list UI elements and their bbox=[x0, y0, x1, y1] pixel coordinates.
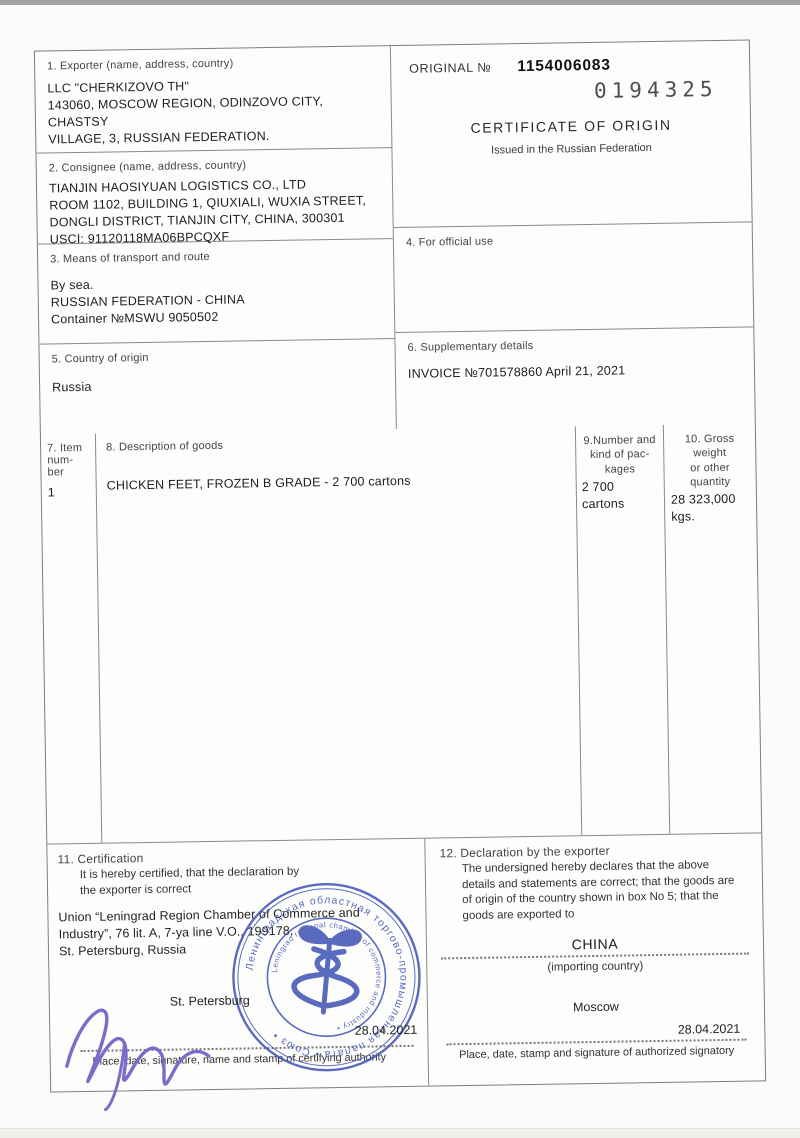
country-of-origin-value: Russia bbox=[52, 374, 383, 396]
transport-box: 3. Means of transport and route By sea. … bbox=[38, 239, 395, 345]
item-number-header: 7. Item num- ber bbox=[47, 442, 90, 479]
item-number-value: 1 bbox=[48, 484, 90, 502]
supplementary-box: 6. Supplementary details INVOICE №701578… bbox=[395, 327, 754, 429]
declaration-caption: Place, date, stamp and signature of auth… bbox=[443, 1045, 751, 1062]
original-number: 1154006083 bbox=[517, 57, 611, 76]
exporter-value: LLC "CHERKIZOVO TH" 143060, MOSCOW REGIO… bbox=[47, 75, 379, 148]
right-column: ORIGINAL № 1154006083 0194325 CERTIFICAT… bbox=[391, 40, 755, 429]
country-of-origin-box: 5. Country of origin Russia bbox=[39, 339, 395, 435]
item-number-cell: 7. Item num- ber 1 bbox=[41, 434, 102, 844]
consignee-box: 2. Consignee (name, address, country) TI… bbox=[36, 148, 392, 245]
transport-value: By sea. RUSSIAN FEDERATION - CHINA Conta… bbox=[50, 272, 382, 328]
importing-country-caption: (importing country) bbox=[441, 959, 749, 976]
goods-table: 7. Item num- ber 1 8. Description of goo… bbox=[41, 423, 761, 844]
exporter-box: 1. Exporter (name, address, country) LLC… bbox=[35, 46, 392, 154]
certification-box: 11. Certification It is hereby certified… bbox=[47, 839, 429, 1092]
top-section: 1. Exporter (name, address, country) LLC… bbox=[35, 40, 755, 434]
packages-header: 9.Number and kind of pac- kages bbox=[581, 433, 659, 477]
declaration-date: 28.04.2021 bbox=[442, 1022, 740, 1041]
declaration-place: Moscow bbox=[442, 998, 750, 1017]
certification-place: St. Petersburg bbox=[170, 993, 250, 1008]
description-header: 8. Description of goods bbox=[106, 434, 565, 453]
original-label: ORIGINAL № bbox=[409, 61, 491, 76]
original-number-line: ORIGINAL № 1154006083 bbox=[409, 55, 731, 78]
packages-cell: 9.Number and kind of pac- kages 2 700 ca… bbox=[576, 425, 670, 835]
certificate-of-origin-document: 1. Exporter (name, address, country) LLC… bbox=[34, 39, 766, 1092]
country-of-origin-label: 5. Country of origin bbox=[52, 348, 383, 365]
official-use-box: 4. For official use bbox=[394, 222, 754, 333]
declaration-box: 12. Declaration by the exporter The unde… bbox=[425, 833, 765, 1085]
description-value: CHICKEN FEET, FROZEN B GRADE - 2 700 car… bbox=[107, 470, 566, 494]
chamber-stamp: Ленинградская областная торгово-промышле… bbox=[221, 872, 431, 1082]
supplementary-label: 6. Supplementary details bbox=[407, 337, 741, 354]
gross-weight-header: 10. Gross weight or other quantity bbox=[670, 432, 750, 490]
gross-weight-cell: 10. Gross weight or other quantity 28 32… bbox=[664, 423, 761, 833]
consignee-label: 2. Consignee (name, address, country) bbox=[49, 157, 380, 174]
packages-value: 2 700 cartons bbox=[582, 478, 660, 513]
gross-weight-value: 28 323,000 kgs. bbox=[671, 491, 751, 526]
scan-artifact-top bbox=[0, 0, 800, 5]
bottom-section: 11. Certification It is hereby certified… bbox=[47, 833, 765, 1091]
exporter-label: 1. Exporter (name, address, country) bbox=[47, 55, 378, 72]
transport-label: 3. Means of transport and route bbox=[50, 248, 381, 265]
scan-artifact-bottom bbox=[0, 1128, 800, 1138]
supplementary-value: INVOICE №701578860 April 21, 2021 bbox=[408, 361, 742, 383]
caduceus-icon bbox=[292, 926, 362, 1015]
description-cell: 8. Description of goods CHICKEN FEET, FR… bbox=[96, 426, 582, 842]
certificate-header-box: ORIGINAL № 1154006083 0194325 CERTIFICAT… bbox=[391, 40, 752, 228]
certificate-subtitle: Issued in the Russian Federation bbox=[410, 141, 732, 158]
certification-date: 28.04.2021 bbox=[355, 1023, 418, 1038]
declaration-statement: The undersigned hereby declares that the… bbox=[462, 858, 749, 925]
consignee-value: TIANJIN HAOSIYUAN LOGISTICS CO., LTD ROO… bbox=[49, 175, 381, 248]
form-serial-number: 0194325 bbox=[409, 77, 717, 106]
official-use-label: 4. For official use bbox=[406, 232, 740, 249]
importing-country-value: CHINA bbox=[441, 934, 749, 955]
left-column: 1. Exporter (name, address, country) LLC… bbox=[35, 46, 397, 435]
certificate-title: CERTIFICATE OF ORIGIN bbox=[410, 116, 732, 137]
